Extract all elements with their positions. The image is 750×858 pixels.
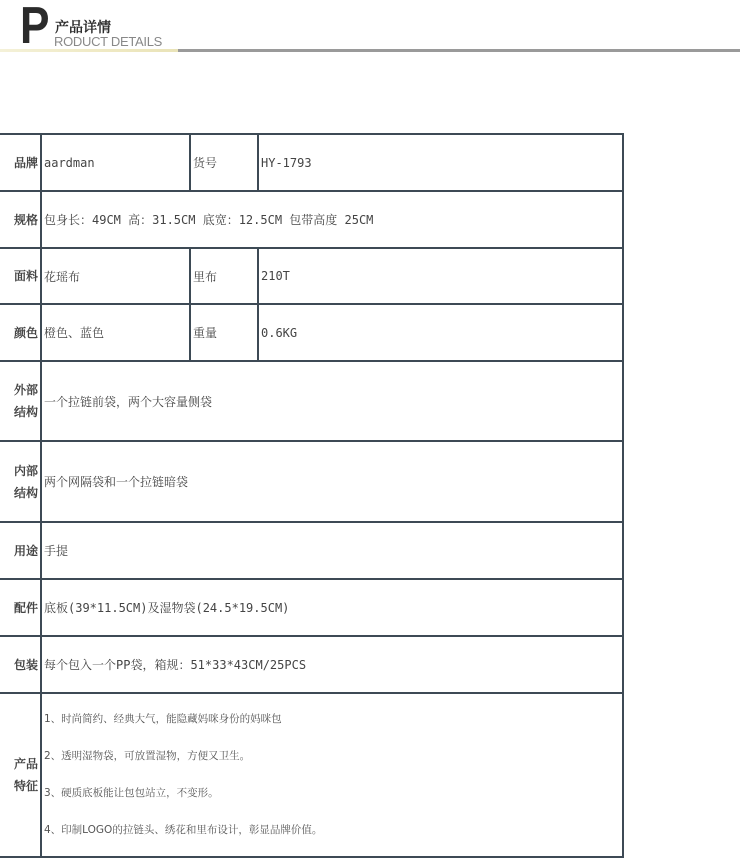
product-spec-table: 品牌 aardman 货号 HY-1793 规格 包身长：49CM 高：31.5… bbox=[0, 133, 624, 858]
sku-value: HY-1793 bbox=[258, 134, 623, 191]
table-row-accessories: 配件 底板(39*11.5CM)及湿物袋(24.5*19.5CM) bbox=[0, 579, 623, 636]
header-divider-accent bbox=[0, 49, 178, 52]
color-label: 颜色 bbox=[0, 304, 41, 361]
table-row-usage: 用途 手提 bbox=[0, 522, 623, 579]
accessories-value: 底板(39*11.5CM)及湿物袋(24.5*19.5CM) bbox=[41, 579, 623, 636]
usage-value: 手提 bbox=[41, 522, 623, 579]
features-label-line1: 产品 bbox=[14, 757, 38, 771]
table-row-color: 颜色 橙色、蓝色 重量 0.6KG bbox=[0, 304, 623, 361]
packing-value: 每个包入一个PP袋，箱规：51*33*43CM/25PCS bbox=[41, 636, 623, 693]
lining-label: 里布 bbox=[190, 248, 258, 304]
interior-label-line1: 内部 bbox=[14, 464, 38, 478]
material-value: 花瑶布 bbox=[41, 248, 190, 304]
interior-label-line2: 结构 bbox=[14, 486, 38, 500]
interior-label: 内部结构 bbox=[0, 441, 41, 522]
section-title-en: RODUCT DETAILS bbox=[54, 34, 162, 49]
table-row-packing: 包装 每个包入一个PP袋，箱规：51*33*43CM/25PCS bbox=[0, 636, 623, 693]
exterior-value: 一个拉链前袋，两个大容量侧袋 bbox=[41, 361, 623, 441]
color-value: 橙色、蓝色 bbox=[41, 304, 190, 361]
table-row-features: 产品特征 1、时尚简约、经典大气，能隐藏妈咪身份的妈咪包 2、透明湿物袋，可放置… bbox=[0, 693, 623, 857]
features-label-line2: 特征 bbox=[14, 779, 38, 793]
table-row-material: 面料 花瑶布 里布 210T bbox=[0, 248, 623, 304]
table-row-spec: 规格 包身长：49CM 高：31.5CM 底宽：12.5CM 包带高度 25CM bbox=[0, 191, 623, 248]
spec-value: 包身长：49CM 高：31.5CM 底宽：12.5CM 包带高度 25CM bbox=[41, 191, 623, 248]
exterior-label-line1: 外部 bbox=[14, 383, 38, 397]
sku-label: 货号 bbox=[190, 134, 258, 191]
section-header: P 产品详情 RODUCT DETAILS bbox=[0, 0, 750, 60]
exterior-label: 外部结构 bbox=[0, 361, 41, 441]
features-label: 产品特征 bbox=[0, 693, 41, 857]
lining-value: 210T bbox=[258, 248, 623, 304]
material-label: 面料 bbox=[0, 248, 41, 304]
brand-value: aardman bbox=[41, 134, 190, 191]
table-row-brand: 品牌 aardman 货号 HY-1793 bbox=[0, 134, 623, 191]
brand-label: 品牌 bbox=[0, 134, 41, 191]
weight-value: 0.6KG bbox=[258, 304, 623, 361]
header-divider bbox=[178, 49, 740, 52]
feature-item: 3、硬质底板能让包包站立，不变形。 bbox=[44, 775, 620, 812]
accessories-label: 配件 bbox=[0, 579, 41, 636]
exterior-label-line2: 结构 bbox=[14, 405, 38, 419]
logo-letter: P bbox=[20, 2, 49, 50]
feature-item: 4、印制LOGO的拉链头、绣花和里布设计，彰显品牌价值。 bbox=[44, 812, 620, 849]
feature-item: 1、时尚简约、经典大气，能隐藏妈咪身份的妈咪包 bbox=[44, 701, 620, 738]
interior-value: 两个网隔袋和一个拉链暗袋 bbox=[41, 441, 623, 522]
spec-label: 规格 bbox=[0, 191, 41, 248]
table-row-exterior: 外部结构 一个拉链前袋，两个大容量侧袋 bbox=[0, 361, 623, 441]
packing-label: 包装 bbox=[0, 636, 41, 693]
features-list: 1、时尚简约、经典大气，能隐藏妈咪身份的妈咪包 2、透明湿物袋，可放置湿物，方便… bbox=[41, 693, 623, 857]
table-row-interior: 内部结构 两个网隔袋和一个拉链暗袋 bbox=[0, 441, 623, 522]
weight-label: 重量 bbox=[190, 304, 258, 361]
usage-label: 用途 bbox=[0, 522, 41, 579]
feature-item: 2、透明湿物袋，可放置湿物，方便又卫生。 bbox=[44, 738, 620, 775]
